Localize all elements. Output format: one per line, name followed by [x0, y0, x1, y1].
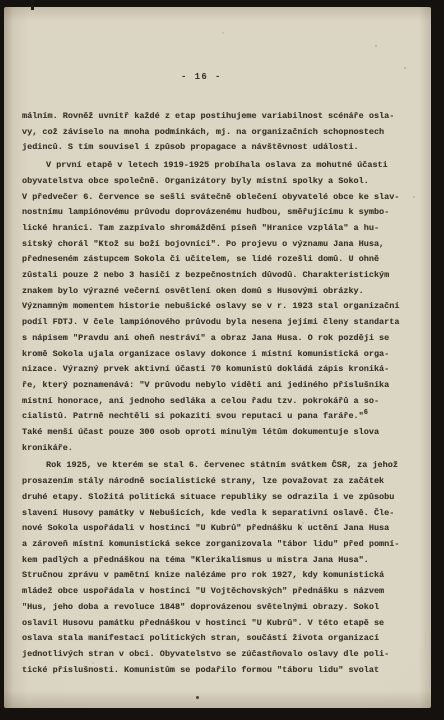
text-line: vy, což záviselo na mnoha podmínkách, mj… [22, 125, 405, 141]
text-line: kem padlých a přednáškou na téma "Klerik… [22, 553, 405, 569]
text-line: Stručnou zprávu v pamětní knize nalézáme… [22, 568, 405, 584]
text-line: málním. Rovněž uvnitř každé z etap posti… [22, 109, 405, 125]
text-line: mládež obce uspořádala v hostinci "U Voj… [22, 584, 405, 600]
text-line: oslava stala manifestací politických str… [22, 631, 405, 647]
text-line: obyvatelstva obce společně. Organizátory… [22, 174, 405, 190]
text-line: V předvečer 6. července se sešli svátečn… [22, 190, 405, 206]
text-line: prosazením stály národně socialistické s… [22, 474, 405, 490]
text-line: jedinců. S tím souvisel i způsob propaga… [22, 140, 405, 156]
text-line: zůstali pouze 2 nebo 3 hasiči z bezpečno… [22, 268, 405, 284]
text-line: a zároveň místní komunistická sekce zorg… [22, 537, 405, 553]
text-line: s nápisem "Pravdu ani oheň nestráví" a o… [22, 331, 405, 347]
paragraph: málním. Rovněž uvnitř každé z etap posti… [22, 109, 405, 156]
footnote-marker: 6 [364, 410, 368, 418]
paper-specks [0, 0, 2, 2]
text-line: sitský chorál "Ktož su boží bojovníci". … [22, 237, 405, 253]
paragraph: Rok 1925, ve kterém se stal 6. červenec … [22, 458, 405, 678]
text-line: předneseném zástupcem Sokola či učitelem… [22, 252, 405, 268]
text-line: podíl FDTJ. V čele lampiónového průvodu … [22, 315, 405, 331]
text-line: místní honorace, ani jednoho sedláka a c… [22, 394, 405, 410]
text-line: Významným momentem historie nebušické os… [22, 299, 405, 315]
text-line-fragment: cialistů. Patrně nechtěli si pokaziti sv… [22, 411, 364, 421]
text-line: nostnímu lampiónovému průvodu doprovázen… [22, 205, 405, 221]
text-line: znakem bylo výrazné večerní osvětlení ok… [22, 284, 405, 300]
text-line: Rok 1925, ve kterém se stal 6. červenec … [22, 458, 405, 474]
text-line: slavení Husovy památky v Nebušicích, kde… [22, 506, 405, 522]
text-line: Také menší účast pouze 300 osob oproti m… [22, 425, 405, 441]
document-page: - 16 - málním. Rovněž uvnitř každé z eta… [4, 7, 431, 708]
text-line: ře, který poznamenává: "V průvodu nebylo… [22, 378, 405, 394]
text-line: tické příslušnosti. Komunistům se podaři… [22, 663, 405, 679]
paragraph: V první etapě v letech 1919-1925 probíha… [22, 158, 405, 456]
text-line: V první etapě v letech 1919-1925 probíha… [22, 158, 405, 174]
page-number: - 16 - [181, 71, 222, 83]
text-line: jednotlivých stran v obci. Obyvatelstvo … [22, 647, 405, 663]
text-line: druhé etapy. Složitá politická situace r… [22, 490, 405, 506]
text-line: "Hus, jeho doba a revoluce 1848" doprová… [22, 600, 405, 616]
text-line: cialistů. Patrně nechtěli si pokaziti sv… [22, 409, 405, 425]
text-line: oslavil Husovu památku přednáškou v host… [22, 616, 405, 632]
text-line: kronikáře. [22, 441, 405, 457]
text-line: nizace. Výrazný prvek aktivní účasti 70 … [22, 362, 405, 378]
page-text: málním. Rovněž uvnitř každé z etap posti… [22, 109, 405, 678]
text-line: lické hranici. Tam zazpívalo shromáždění… [22, 221, 405, 237]
text-line: nové Sokola uspořádali v hostinci "U Kub… [22, 521, 405, 537]
ink-dot-artifact [196, 696, 199, 699]
text-line: kromě Sokola ujala organizace oslavy dok… [22, 347, 405, 363]
top-edge-mark [31, 0, 34, 10]
scanned-document: { "scan": { "page_number": "- 16 -", "fo… [0, 0, 444, 720]
